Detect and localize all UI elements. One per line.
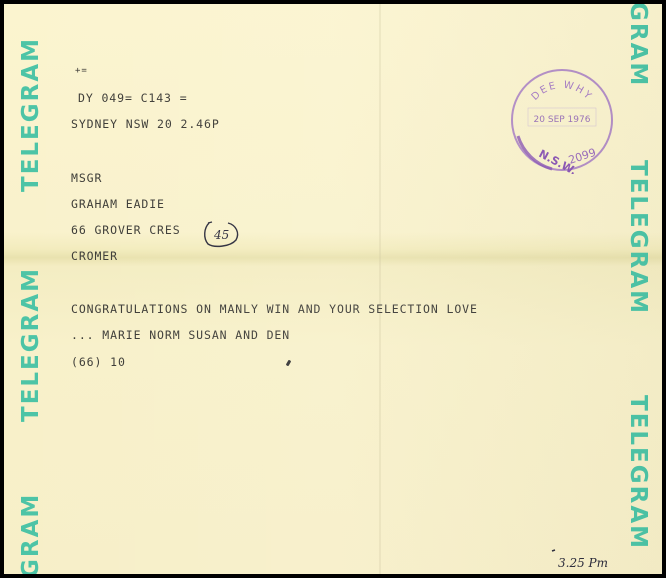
handwritten-time-note: 3.25 Pm: [550, 547, 630, 574]
postmark-stamp: DEE WHY 20 SEP 1976 N.S.W. 2099: [508, 66, 616, 174]
header-code-line: DY 049= C143 =: [78, 93, 188, 105]
telegram-paper: TELEGRAM TELEGRAM GRAM GRAM TELEGRAM TEL…: [4, 4, 662, 574]
message-line-2: ... MARIE NORM SUSAN AND DEN: [71, 330, 290, 342]
handwritten-time-text: 3.25 Pm: [558, 556, 608, 570]
right-band-telegram-3: TELEGRAM: [626, 395, 649, 550]
circled-number-text: 45: [213, 228, 229, 242]
address-street: 66 GROVER CRES: [71, 225, 181, 237]
address-title: MSGR: [71, 173, 102, 185]
message-line-1: CONGRATULATIONS ON MANLY WIN AND YOUR SE…: [71, 304, 478, 316]
postmark-postcode: 2099: [567, 146, 598, 167]
left-band-telegram-2: TELEGRAM: [20, 267, 43, 422]
postmark-office: DEE WHY: [530, 80, 595, 103]
right-band-telegram-2: TELEGRAM: [626, 160, 649, 315]
circled-number: 45: [202, 220, 240, 248]
header-origin-line: SYDNEY NSW 20 2.46P: [71, 119, 220, 131]
pen-mark: [286, 360, 292, 367]
address-name: GRAHAM EADIE: [71, 199, 165, 211]
header-marker: +=: [75, 67, 88, 76]
left-band-telegram-3: GRAM: [20, 493, 43, 574]
right-band-telegram-1: GRAM: [626, 4, 649, 87]
left-band-telegram-1: TELEGRAM: [20, 37, 43, 192]
message-word-count: (66) 10: [71, 357, 126, 369]
postmark-date: 20 SEP 1976: [534, 115, 591, 125]
fold-line: [379, 4, 381, 574]
address-suburb: CROMER: [71, 251, 118, 263]
